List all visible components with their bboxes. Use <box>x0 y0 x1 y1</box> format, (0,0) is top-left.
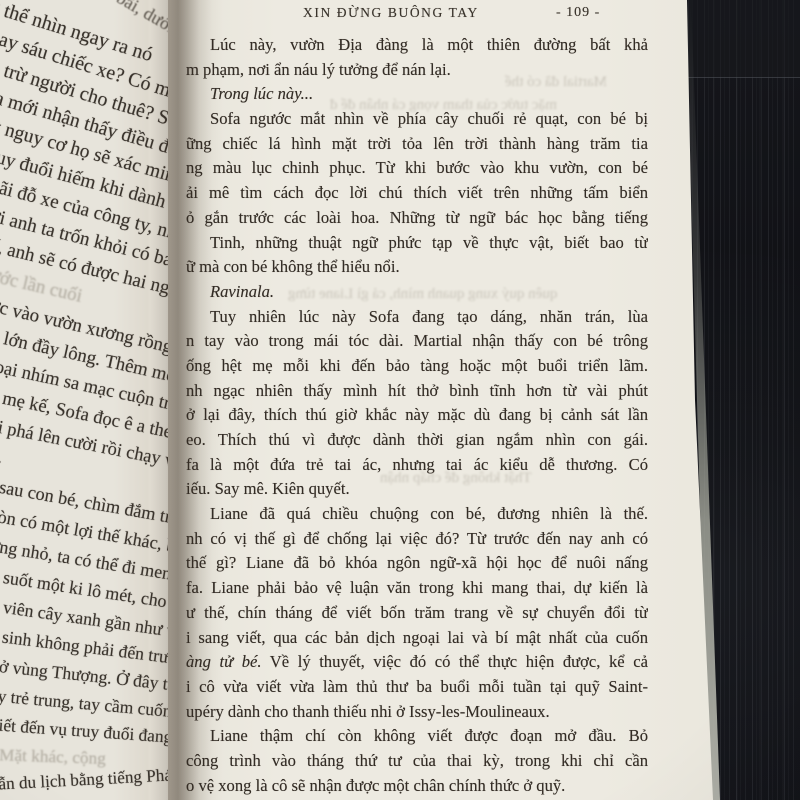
text-line: nh ngạc nhiên thấy mình hít thở bình tĩn… <box>186 379 648 404</box>
open-book-photo: g thể nhìn ngay ra nóhay sáu chiếc xe? C… <box>0 0 800 800</box>
text-line: i sang viết, qua các bản dịch ngoại lai … <box>186 626 648 651</box>
left-page: g thể nhìn ngay ra nóhay sáu chiếc xe? C… <box>0 0 196 800</box>
text-line: ng màu lục chinh phục. Từ khi bước vào k… <box>186 156 648 181</box>
text-line: ỏ gắn trước các loài hoa. Những từ ngữ b… <box>186 206 648 231</box>
text-line: upéry dành cho thanh thiếu nhi ở Issy-le… <box>186 700 648 725</box>
text-line: ải mê tìm cách đọc lời chú thích viết tr… <box>186 181 648 206</box>
right-page-text: Lúc này, vườn Địa đàng là một thiên đườn… <box>186 33 648 798</box>
running-header: XIN ĐỪNG BUÔNG TAY - 109 - <box>168 5 730 27</box>
text-line: eo. Thích thú vì được dành thời gian ngắ… <box>186 428 648 453</box>
text-line: àng tử bé. Về lý thuyết, việc đó có thể … <box>186 650 648 675</box>
text-line: ữ mà con bé không thể hiểu nổi. <box>186 255 648 280</box>
text-line: dẫn du lịch bằng tiếng Pháp củ <box>0 764 196 795</box>
show-through-fragment: Martial đã có thể <box>505 74 607 91</box>
text-line: n tay vào trong mái tóc dài. Martial nhậ… <box>186 329 648 354</box>
text-line: Tinh, những thuật ngữ phức tạp về thực v… <box>186 231 648 256</box>
show-through-fragment: mặc tước của tham vọng cá nhân để đ <box>330 97 557 114</box>
text-line: i cô vừa viết vừa làm thủ thư ba buổi mỗ… <box>186 675 648 700</box>
text-line: nh có vị thế gì để chống lại việc đó? Từ… <box>186 527 648 552</box>
running-header-title: XIN ĐỪNG BUÔNG TAY <box>303 5 479 21</box>
text-line: ững chiếc lá hình mặt trời tỏa lên trời … <box>186 132 648 157</box>
text-line: Liane đã quá chiều chuộng con bé, đương … <box>186 502 648 527</box>
text-line: Lúc này, vườn Địa đàng là một thiên đườn… <box>186 33 648 58</box>
text-line: công trình vào tháng thứ tư của thai kỳ,… <box>186 749 648 774</box>
show-through-fragment: quên quý xung quanh mình, cả gì Liane từ… <box>288 286 557 303</box>
text-line: e. <box>0 445 4 468</box>
text-line: ị Mặt khác, cộng <box>0 745 106 769</box>
right-page: XIN ĐỪNG BUÔNG TAY - 109 - Lúc này, vườn… <box>168 0 730 800</box>
text-line: Tuy nhiên lúc này Sofa đang tạo dáng, nh… <box>186 305 648 330</box>
text-line: ống hệt mẹ mỗi khi đến bảo tàng hoặc một… <box>186 354 648 379</box>
show-through-fragment: Thật không để chấp nhận <box>380 470 532 487</box>
text-line: fa. Liane phải bảo vệ luận văn trong khi… <box>186 576 648 601</box>
text-line: ư thế, chín tháng để viết bốn trăm trang… <box>186 601 648 626</box>
text-line: o vệ xong là cô sẽ nhận được một chân ch… <box>186 774 648 799</box>
text-line: thế gì? Liane đã bỏ khóa ngôn ngữ-xã hội… <box>186 551 648 576</box>
text-line: ở lại đây, thích thú giờ khắc này mặc dù… <box>186 403 648 428</box>
page-number: - 109 - <box>556 5 600 21</box>
text-line: Liane thậm chí còn không viết được đoạn … <box>186 724 648 749</box>
